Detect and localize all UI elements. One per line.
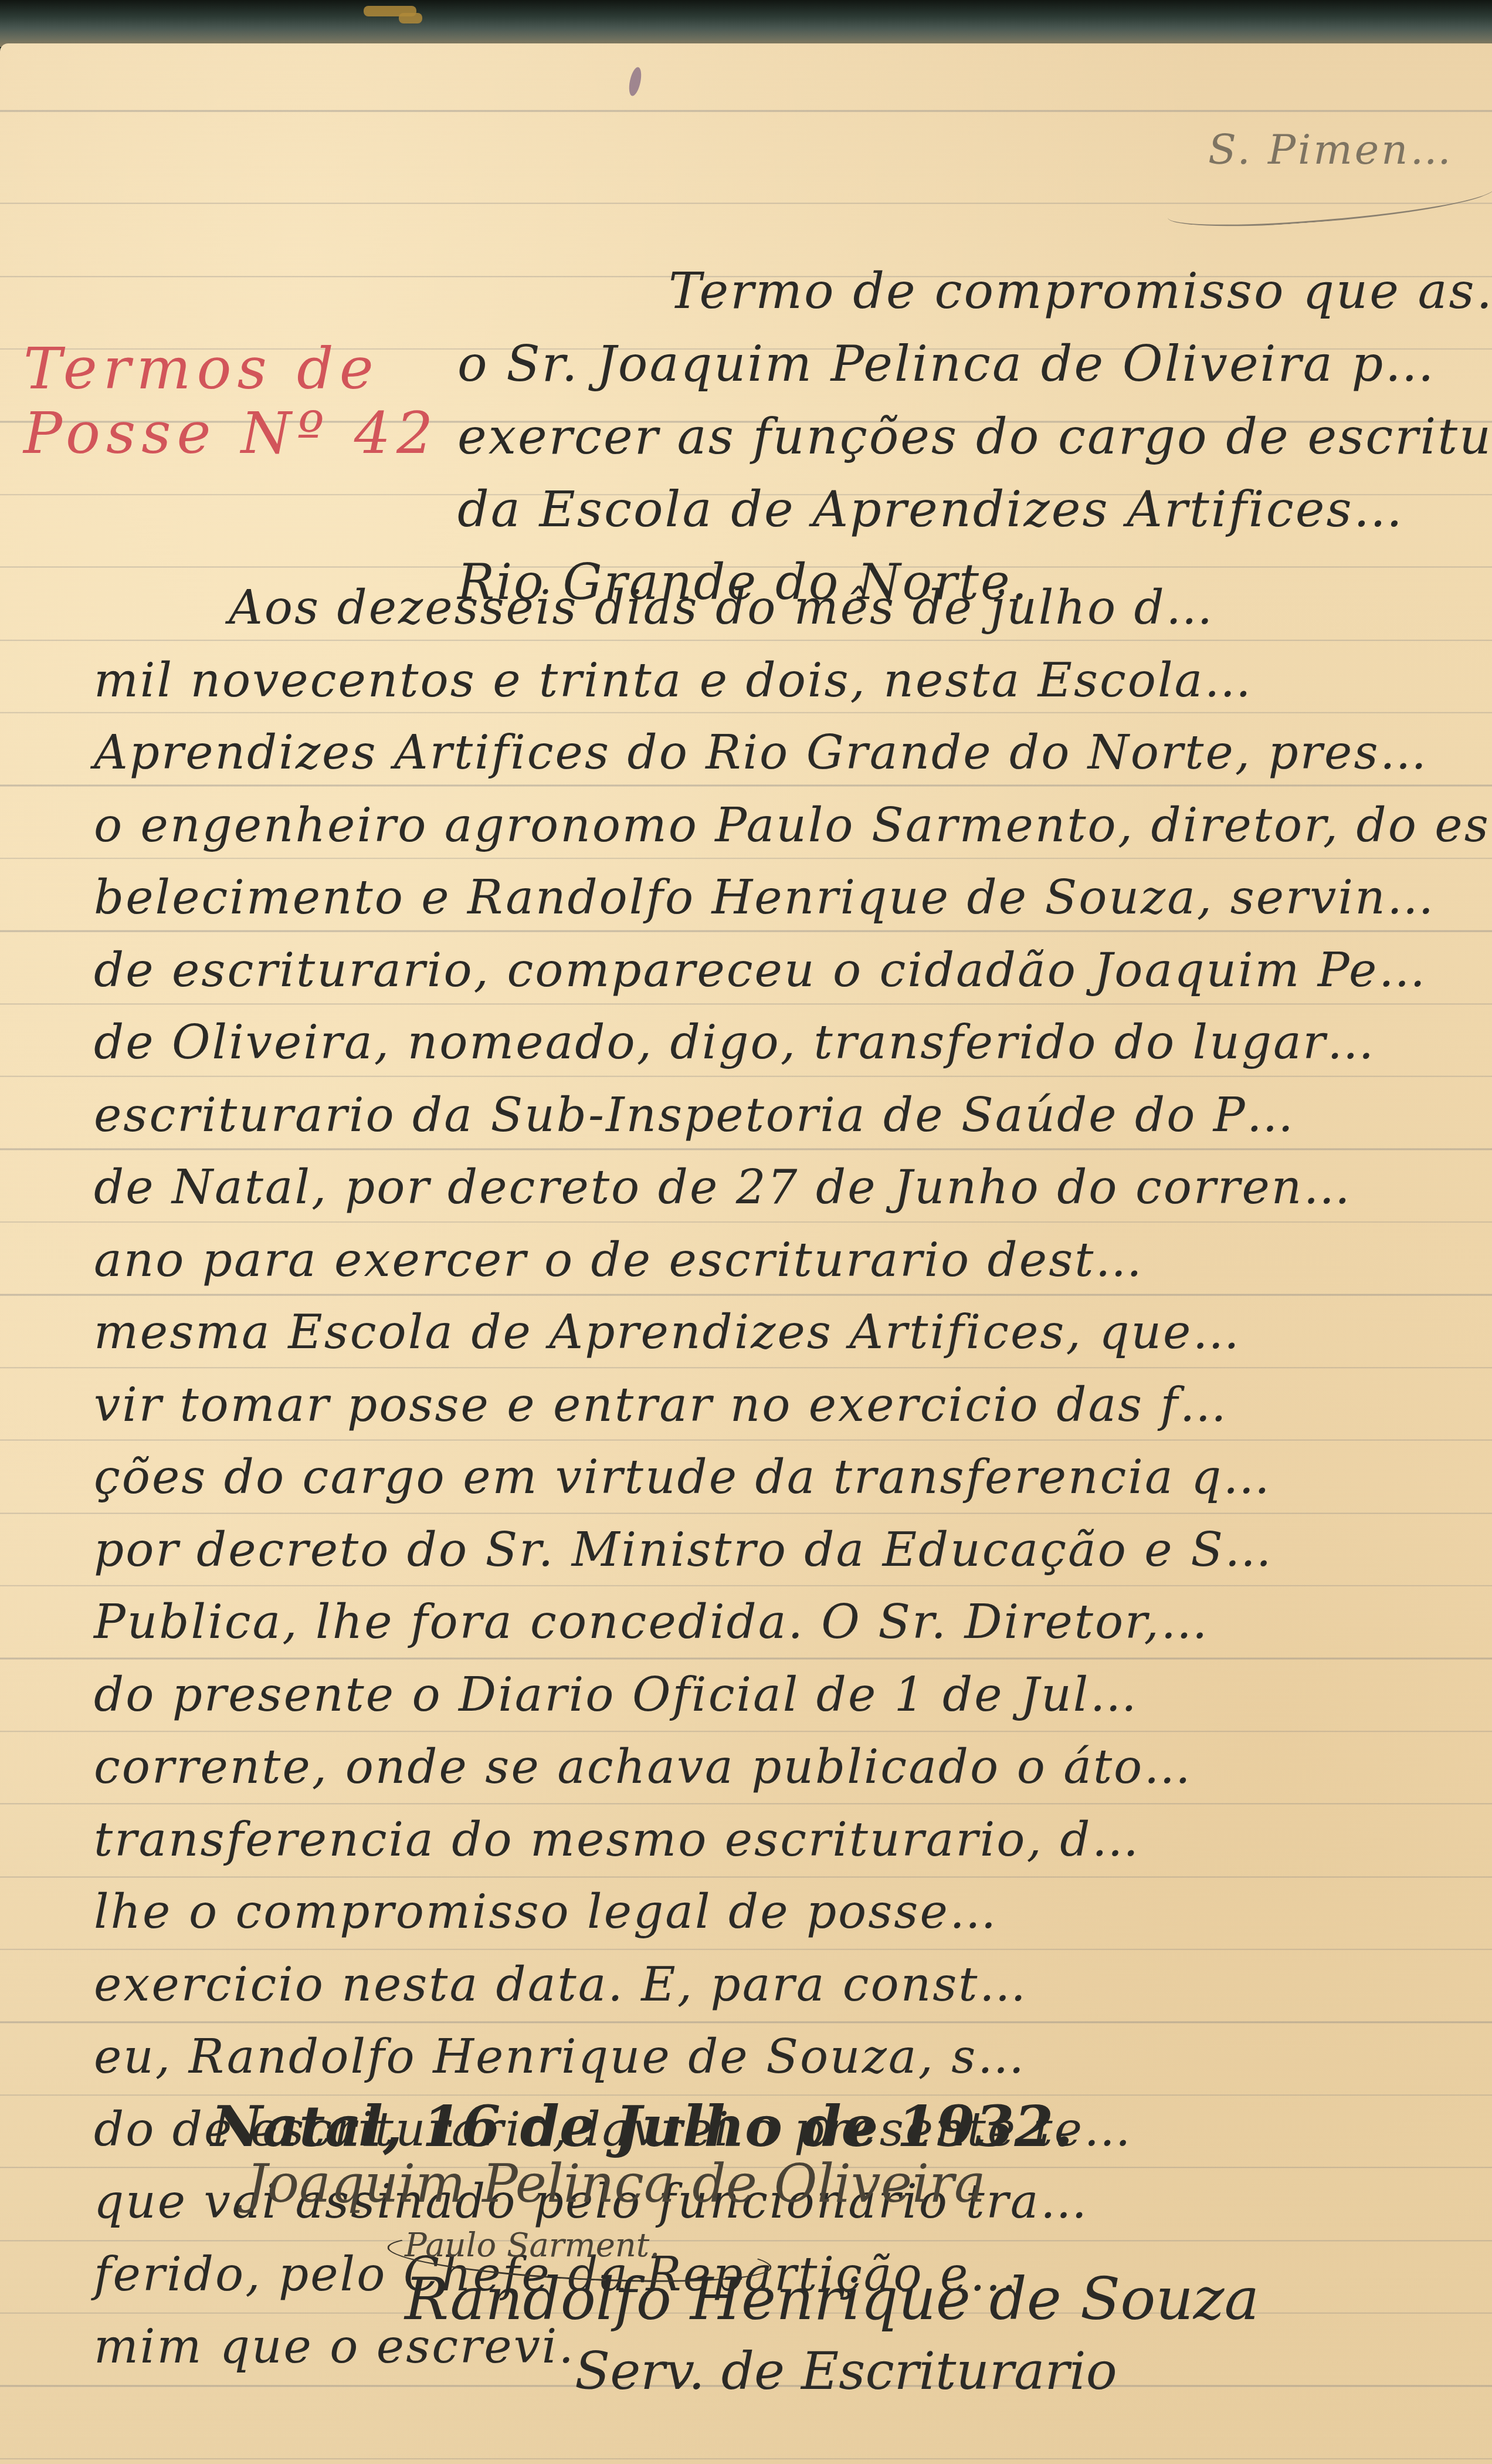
title-line: o Sr. Joaquim Pelinca de Oliveira p…	[457, 327, 1492, 400]
body-line: por decreto do Sr. Ministro da Educação …	[94, 1514, 1492, 1586]
body-line: o engenheiro agronomo Paulo Sarmento, di…	[94, 789, 1492, 862]
binding-stain	[399, 13, 422, 23]
body-line: belecimento e Randolfo Henrique de Souza…	[94, 861, 1492, 934]
signature-randolfo: Randolfo Henrique de Souza	[405, 2265, 1259, 2333]
body-line: lhe o compromisso legal de posse…	[94, 1876, 1492, 1948]
signature-role: Serv. de Escriturario	[575, 2341, 1117, 2401]
body-line: ções do cargo em virtude da transferenci…	[94, 1441, 1492, 1514]
title-line: Termo de compromisso que as…	[457, 255, 1492, 327]
margin-note-line: Termos de	[23, 337, 457, 401]
body-line: mesma Escola de Aprendizes Artifices, qu…	[94, 1296, 1492, 1369]
body-line: ano para exercer o de escriturario dest…	[94, 1224, 1492, 1297]
document-title: Termo de compromisso que as… o Sr. Joaqu…	[457, 255, 1492, 618]
body-line: Aprendizes Artifices do Rio Grande do No…	[94, 716, 1492, 789]
body-line: de escriturario, compareceu o cidadão Jo…	[94, 934, 1492, 1007]
body-line: eu, Randolfo Henrique de Souza, s…	[94, 2020, 1492, 2093]
margin-note-line: Posse Nº 42	[23, 401, 457, 466]
body-line: do presente o Diario Oficial de 1 de Jul…	[94, 1659, 1492, 1731]
closing-block: Natal, 16 de Julho de 1932. Joaquim Peli…	[211, 2089, 1492, 2165]
body-line: de Natal, por decreto de 27 de Junho do …	[94, 1151, 1492, 1224]
body-line: corrente, onde se achava publicado o áto…	[94, 1731, 1492, 1803]
signature-paulo: Paulo Sarment.	[405, 2226, 660, 2265]
body-line: exercicio nesta data. E, para const…	[94, 1948, 1492, 2021]
body-line: de Oliveira, nomeado, digo, transferido …	[94, 1006, 1492, 1079]
body-line: transferencia do mesmo escriturario, d…	[94, 1803, 1492, 1876]
margin-note: Termos de Posse Nº 42	[23, 337, 457, 466]
signature-joaquim: Joaquim Pelinca de Oliveira	[246, 2153, 986, 2215]
body-line: Aos dezesseis dias do mês de julho d…	[94, 571, 1492, 644]
body-line: Publica, lhe fora concedida. O Sr. Diret…	[94, 1586, 1492, 1659]
body-line: mil novecentos e trinta e dois, nesta Es…	[94, 644, 1492, 717]
title-line: exercer as funções do cargo de escritur…	[457, 400, 1492, 473]
title-line: da Escola de Aprendizes Artifices…	[457, 473, 1492, 546]
body-line: escriturario da Sub-Inspetoria de Saúde …	[94, 1079, 1492, 1152]
body-line: vir tomar posse e entrar no exercicio da…	[94, 1369, 1492, 1441]
pencil-signature: S. Pimen…	[1208, 126, 1453, 174]
book-binding	[0, 0, 1492, 47]
